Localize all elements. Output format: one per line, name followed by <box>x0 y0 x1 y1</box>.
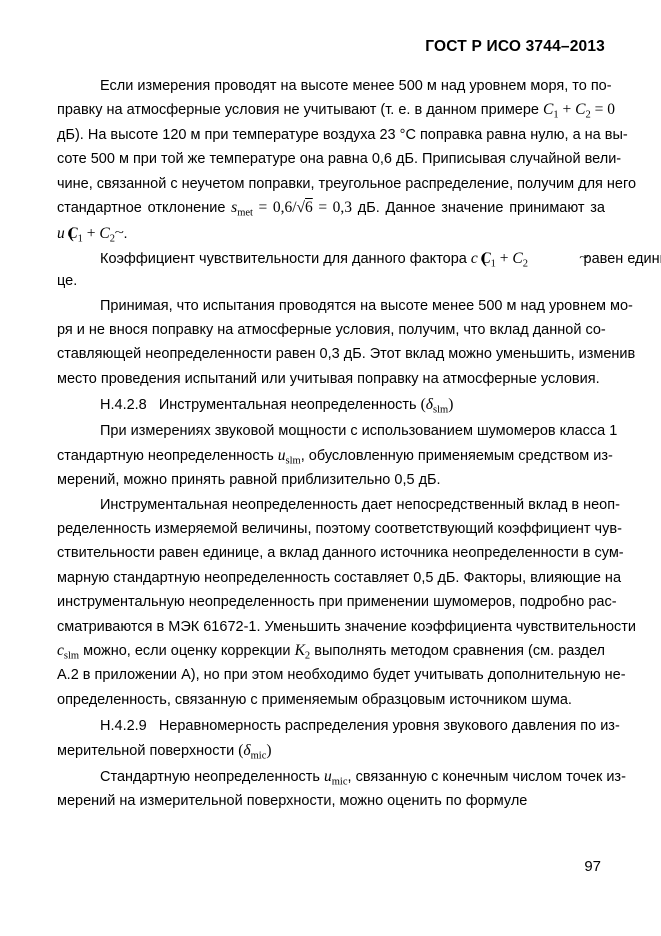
text-line: ставляющей неопределенности равен 0,3 дБ… <box>57 342 605 366</box>
text-run: ря и не внося поправку на атмосферные ус… <box>57 322 606 338</box>
math-subscript: met <box>237 207 253 218</box>
math-text: + <box>496 250 513 267</box>
text-run: , связанную с конечным числом точек из- <box>348 769 626 785</box>
text-run: Принимая, что испытания проводятся на вы… <box>100 298 633 314</box>
math-subscript: mic <box>332 776 348 787</box>
section-heading: Н.4.2.9 Неравномерность распределения ур… <box>57 714 605 763</box>
paragraph: При измерениях звуковой мощности с испол… <box>57 419 605 492</box>
text-line: Принимая, что испытания проводятся на вы… <box>57 294 605 318</box>
text-run: соте 500 м при той же температуре она ра… <box>57 151 621 167</box>
text-line: це. <box>57 269 605 293</box>
text-run: выполнять методом сравнения (см. раздел <box>310 643 605 659</box>
text-line: Н.4.2.8 Инструментальная неопределенност… <box>57 393 605 417</box>
text-run: Н.4.2.9 Неравномерность распределения ур… <box>100 718 620 734</box>
text-line: мерительной поверхности (δmic) <box>57 739 605 763</box>
math-variable: δ <box>426 396 433 413</box>
math-subscript: mic <box>251 750 267 761</box>
text-run: определенность, связанную с применяемым … <box>57 692 572 708</box>
text-line: определенность, связанную с применяемым … <box>57 688 605 712</box>
text-line: Стандартную неопределенность umic, связа… <box>57 765 605 789</box>
text-line: ря и не внося поправку на атмосферные ус… <box>57 318 605 342</box>
math-variable: δ <box>243 742 250 759</box>
text-line: марную стандартную неопределенность сост… <box>57 566 605 590</box>
sqrt-expression: √6 <box>297 199 313 216</box>
text-line: u (C1 + C2~. <box>57 220 605 244</box>
math-variable: C <box>67 225 77 242</box>
text-run: мерительной поверхности <box>57 743 238 759</box>
page-header-standard-ref: ГОСТ Р ИСО 3744–2013 <box>57 38 605 56</box>
paragraph: Принимая, что испытания проводятся на вы… <box>57 294 605 392</box>
text-run: Н.4.2.8 Инструментальная неопределенност… <box>100 397 421 413</box>
text-run: ставляющей неопределенности равен 0,3 дБ… <box>57 346 635 362</box>
text-run: При измерениях звуковой мощности с испол… <box>100 423 617 439</box>
text-run: стандартное отклонение <box>57 200 231 216</box>
math-subscript: slm <box>64 650 79 661</box>
math-variable: u <box>324 768 332 785</box>
text-line: место проведения испытаний или учитывая … <box>57 367 605 391</box>
text-run: це. <box>57 273 77 289</box>
text-run: мерений, можно принять равной приблизите… <box>57 472 441 488</box>
math-variable: C <box>99 225 109 242</box>
text-line: Инструментальная неопределенность дает н… <box>57 493 605 517</box>
formula-close-paren: ~ <box>519 245 588 269</box>
math-text: + <box>83 225 100 242</box>
text-line: При измерениях звуковой мощности с испол… <box>57 419 605 443</box>
text-run: Коэффициент чувствительности для данного… <box>100 251 471 267</box>
text-line: мерений, можно принять равной приблизите… <box>57 468 605 492</box>
text-line: мерений на измерительной поверхности, мо… <box>57 789 605 813</box>
text-run: ствительности равен единице, а вклад дан… <box>57 545 624 561</box>
paragraph: Стандартную неопределенность umic, связа… <box>57 765 605 814</box>
math-subscript: slm <box>433 405 448 416</box>
text-line: инструментальную неопределенность при пр… <box>57 590 605 614</box>
math-subscript: slm <box>286 455 301 466</box>
math-variable: u <box>278 447 286 464</box>
paragraph: Инструментальная неопределенность дает н… <box>57 493 605 713</box>
math-text: = 0,3 <box>313 199 352 216</box>
text-run: сматриваются в МЭК 61672-1. Уменьшить зн… <box>57 619 636 635</box>
text-line: чине, связанной с неучетом поправки, тре… <box>57 172 605 196</box>
text-run: Если измерения проводят на высоте менее … <box>100 78 612 94</box>
document-content: Если измерения проводят на высоте менее … <box>57 74 605 814</box>
math-text: + <box>559 101 576 118</box>
text-line: ствительности равен единице, а вклад дан… <box>57 541 605 565</box>
formula-open-paren: (C <box>69 225 78 242</box>
math-variable: C <box>543 101 553 118</box>
text-run: А.2 в приложении А), но при этом необход… <box>57 667 626 683</box>
document-page: ГОСТ Р ИСО 3744–2013 Если измерения пров… <box>0 0 661 936</box>
text-run: можно, если оценку коррекции <box>79 643 295 659</box>
text-run: место проведения испытаний или учитывая … <box>57 371 600 387</box>
math-text: = 0,6/ <box>253 199 297 216</box>
formula-close-paren: ~ <box>115 220 124 244</box>
text-line: стандартную неопределенность uslm, обусл… <box>57 444 605 468</box>
radical-sign: √ <box>297 199 306 216</box>
text-run: дБ). На высоте 120 м при температуре воз… <box>57 127 628 143</box>
section-heading: Н.4.2.8 Инструментальная неопределенност… <box>57 393 605 417</box>
text-run: чине, связанной с неучетом поправки, тре… <box>57 176 636 192</box>
text-run: стандартную неопределенность <box>57 448 278 464</box>
text-line: стандартное отклонение smet = 0,6/√6 = 0… <box>57 196 605 220</box>
text-line: соте 500 м при той же температуре она ра… <box>57 147 605 171</box>
text-run: марную стандартную неопределенность сост… <box>57 570 621 586</box>
text-run: Стандартную неопределенность <box>100 769 324 785</box>
math-variable: C <box>575 101 585 118</box>
text-line: сматриваются в МЭК 61672-1. Уменьшить зн… <box>57 615 605 639</box>
text-run: ределенность измеряемой величины, поэтом… <box>57 521 622 537</box>
math-text: ) <box>266 742 271 759</box>
paragraph: Коэффициент чувствительности для данного… <box>57 245 605 294</box>
text-line: правку на атмосферные условия не учитыва… <box>57 98 605 122</box>
paragraph: Если измерения проводят на высоте менее … <box>57 74 605 245</box>
radicand: 6 <box>305 199 313 216</box>
text-run: мерений на измерительной поверхности, мо… <box>57 793 527 809</box>
text-line: ределенность измеряемой величины, поэтом… <box>57 517 605 541</box>
formula-open-paren: (C <box>482 250 491 267</box>
text-run: дБ. Данное значение принимают за <box>352 200 605 216</box>
math-variable: K <box>295 642 305 659</box>
text-line: cslm можно, если оценку коррекции K2 вып… <box>57 639 605 663</box>
text-line: А.2 в приложении А), но при этом необход… <box>57 663 605 687</box>
text-line: Если измерения проводят на высоте менее … <box>57 74 605 98</box>
page-number: 97 <box>57 858 601 875</box>
text-run: инструментальную неопределенность при пр… <box>57 594 617 610</box>
math-variable: c <box>57 642 64 659</box>
math-variable: C <box>480 250 490 267</box>
text-run: Инструментальная неопределенность дает н… <box>100 497 620 513</box>
math-text: = 0 <box>591 101 615 118</box>
math-text: ) <box>448 396 453 413</box>
text-run: равен едини- <box>580 251 661 267</box>
text-line: Коэффициент чувствительности для данного… <box>57 245 605 269</box>
text-line: дБ). На высоте 120 м при температуре воз… <box>57 123 605 147</box>
text-run: правку на атмосферные условия не учитыва… <box>57 102 543 118</box>
text-line: Н.4.2.9 Неравномерность распределения ур… <box>57 714 605 738</box>
text-run: , обусловленную применяемым средством из… <box>301 448 613 464</box>
